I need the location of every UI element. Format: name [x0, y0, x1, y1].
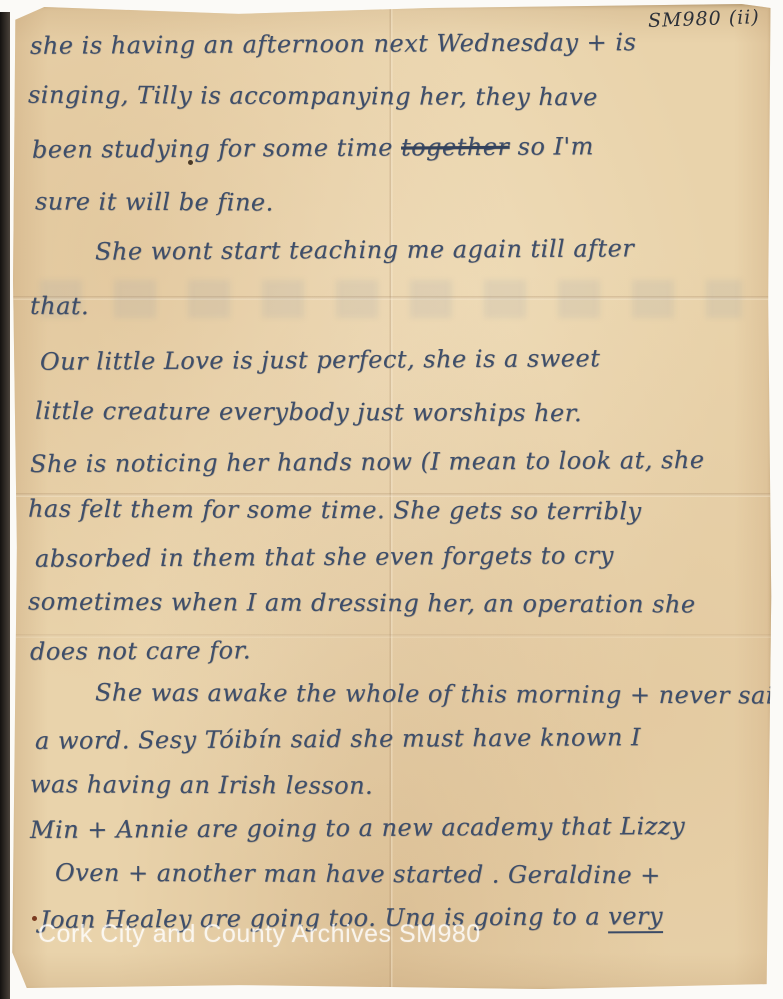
- handwritten-line: Oven + another man have started . Gerald…: [55, 859, 661, 890]
- underlined-word: very: [608, 902, 663, 933]
- handwritten-line: was having an Irish lesson.: [30, 770, 373, 799]
- archive-reference: SM980 (ii): [648, 6, 760, 32]
- paper-speck: [32, 916, 37, 921]
- handwritten-line: has felt them for some time. She gets so…: [28, 495, 642, 526]
- handwritten-line: a word. Sesy Tóibín said she must have k…: [35, 723, 641, 755]
- scanner-edge-strip: [0, 12, 10, 999]
- handwritten-line: singing, Tilly is accompanying her, they…: [28, 81, 598, 111]
- handwritten-line: absorbed in them that she even forgets t…: [35, 541, 614, 573]
- handwritten-line: she is having an afternoon next Wednesda…: [30, 28, 637, 60]
- handwritten-line: Our little Love is just perfect, she is …: [40, 344, 600, 375]
- handwritten-line: She was awake the whole of this morning …: [95, 678, 783, 709]
- line-text: so I'm: [509, 132, 594, 161]
- handwritten-line: Min + Annie are going to a new academy t…: [30, 812, 685, 844]
- handwritten-line: She is noticing her hands now (I mean to…: [30, 446, 705, 478]
- letter-scan: SM980 (ii) she is having an afternoon ne…: [0, 0, 783, 999]
- handwritten-line: does not care for.: [30, 636, 251, 665]
- letter-paper: SM980 (ii) she is having an afternoon ne…: [10, 4, 772, 992]
- archive-watermark: Cork City and County Archives SM980: [38, 920, 481, 949]
- struck-word: together: [401, 133, 510, 162]
- handwritten-line: little creature everybody just worships …: [35, 397, 582, 427]
- handwritten-line: She wont start teaching me again till af…: [95, 234, 634, 265]
- line-text: been studying for some time: [32, 133, 401, 163]
- handwritten-line: sure it will be fine.: [35, 187, 274, 216]
- handwritten-line: that.: [30, 292, 89, 320]
- handwritten-line: been studying for some time together so …: [32, 132, 594, 163]
- handwritten-line: sometimes when I am dressing her, an ope…: [28, 588, 696, 619]
- ink-showthrough-band: [40, 280, 741, 318]
